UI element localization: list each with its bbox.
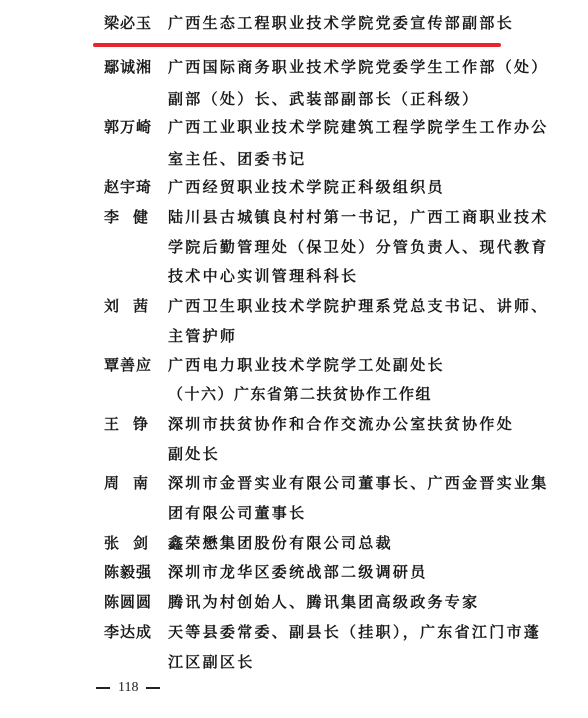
person-title: 鑫荣懋集团股份有限公司总裁 [168, 533, 393, 553]
person-name: 张剑 [104, 533, 156, 553]
person-title-cont: 主管护师 [168, 326, 237, 346]
person-name: 赵宇琦 [104, 177, 156, 197]
person-title: 深圳市扶贫协作和合作交流办公室扶贫协作处 [168, 414, 514, 434]
person-name: 陈毅强 [104, 562, 156, 582]
person-title: 广西电力职业技术学院学工处副处长 [168, 355, 445, 375]
page-number-value: 118 [118, 680, 138, 695]
person-title: 广西经贸职业技术学院正科级组织员 [168, 177, 445, 197]
person-name: 王铮 [104, 414, 156, 434]
person-title: 深圳市龙华区委统战部二级调研员 [168, 562, 428, 582]
person-name: 陈圆圆 [104, 592, 156, 612]
person-title: 腾讯为村创始人、腾讯集团高级政务专家 [168, 592, 479, 612]
person-title-cont: 室主任、团委书记 [168, 149, 306, 169]
person-title: 广西工业职业技术学院建筑工程学院学生工作办公 [168, 117, 549, 137]
person-name: 郭万崎 [104, 117, 156, 137]
person-name: 周南 [104, 473, 156, 493]
person-title: 广西卫生职业技术学院护理系党总支书记、讲师、 [168, 296, 549, 316]
person-name: 李健 [104, 207, 156, 227]
person-title: 深圳市金晋实业有限公司董事长、广西金晋实业集 [168, 473, 549, 493]
person-title: 广西国际商务职业技术学院党委学生工作部（处） [168, 57, 549, 77]
person-title-cont: 团有限公司董事长 [168, 503, 306, 523]
person-name: 李达成 [104, 622, 156, 642]
person-title: 广西生态工程职业技术学院党委宣传部副部长 [168, 13, 514, 33]
person-title-cont: 副部（处）长、武装部副部长（正科级） [168, 89, 479, 109]
person-title-cont: 江区副区长 [168, 652, 255, 672]
person-name: 覃善应 [104, 355, 156, 375]
person-name: 梁必玉 [104, 13, 156, 33]
highlight-underline [93, 43, 501, 47]
person-title: 天等县委常委、副县长（挂职），广东省江门市蓬 [168, 622, 541, 642]
document-page: 梁必玉 广西生态工程职业技术学院党委宣传部副部长 鄢诚湘 广西国际商务职业技术学… [0, 0, 588, 718]
person-title-cont: 学院后勤管理处（保卫处）分管负责人、现代教育 [168, 237, 549, 257]
dash-right [146, 687, 160, 689]
person-name: 鄢诚湘 [104, 57, 156, 77]
person-title-cont: 副处长 [168, 444, 220, 464]
person-title-cont: 技术中心实训管理科科长 [168, 266, 358, 286]
dash-left [96, 687, 110, 689]
person-name: 刘茜 [104, 296, 156, 316]
section-heading: （十六）广东省第二扶贫协作工作组 [168, 384, 432, 404]
page-number: 118 [88, 680, 168, 696]
person-title: 陆川县古城镇良村村第一书记，广西工商职业技术 [168, 207, 549, 227]
